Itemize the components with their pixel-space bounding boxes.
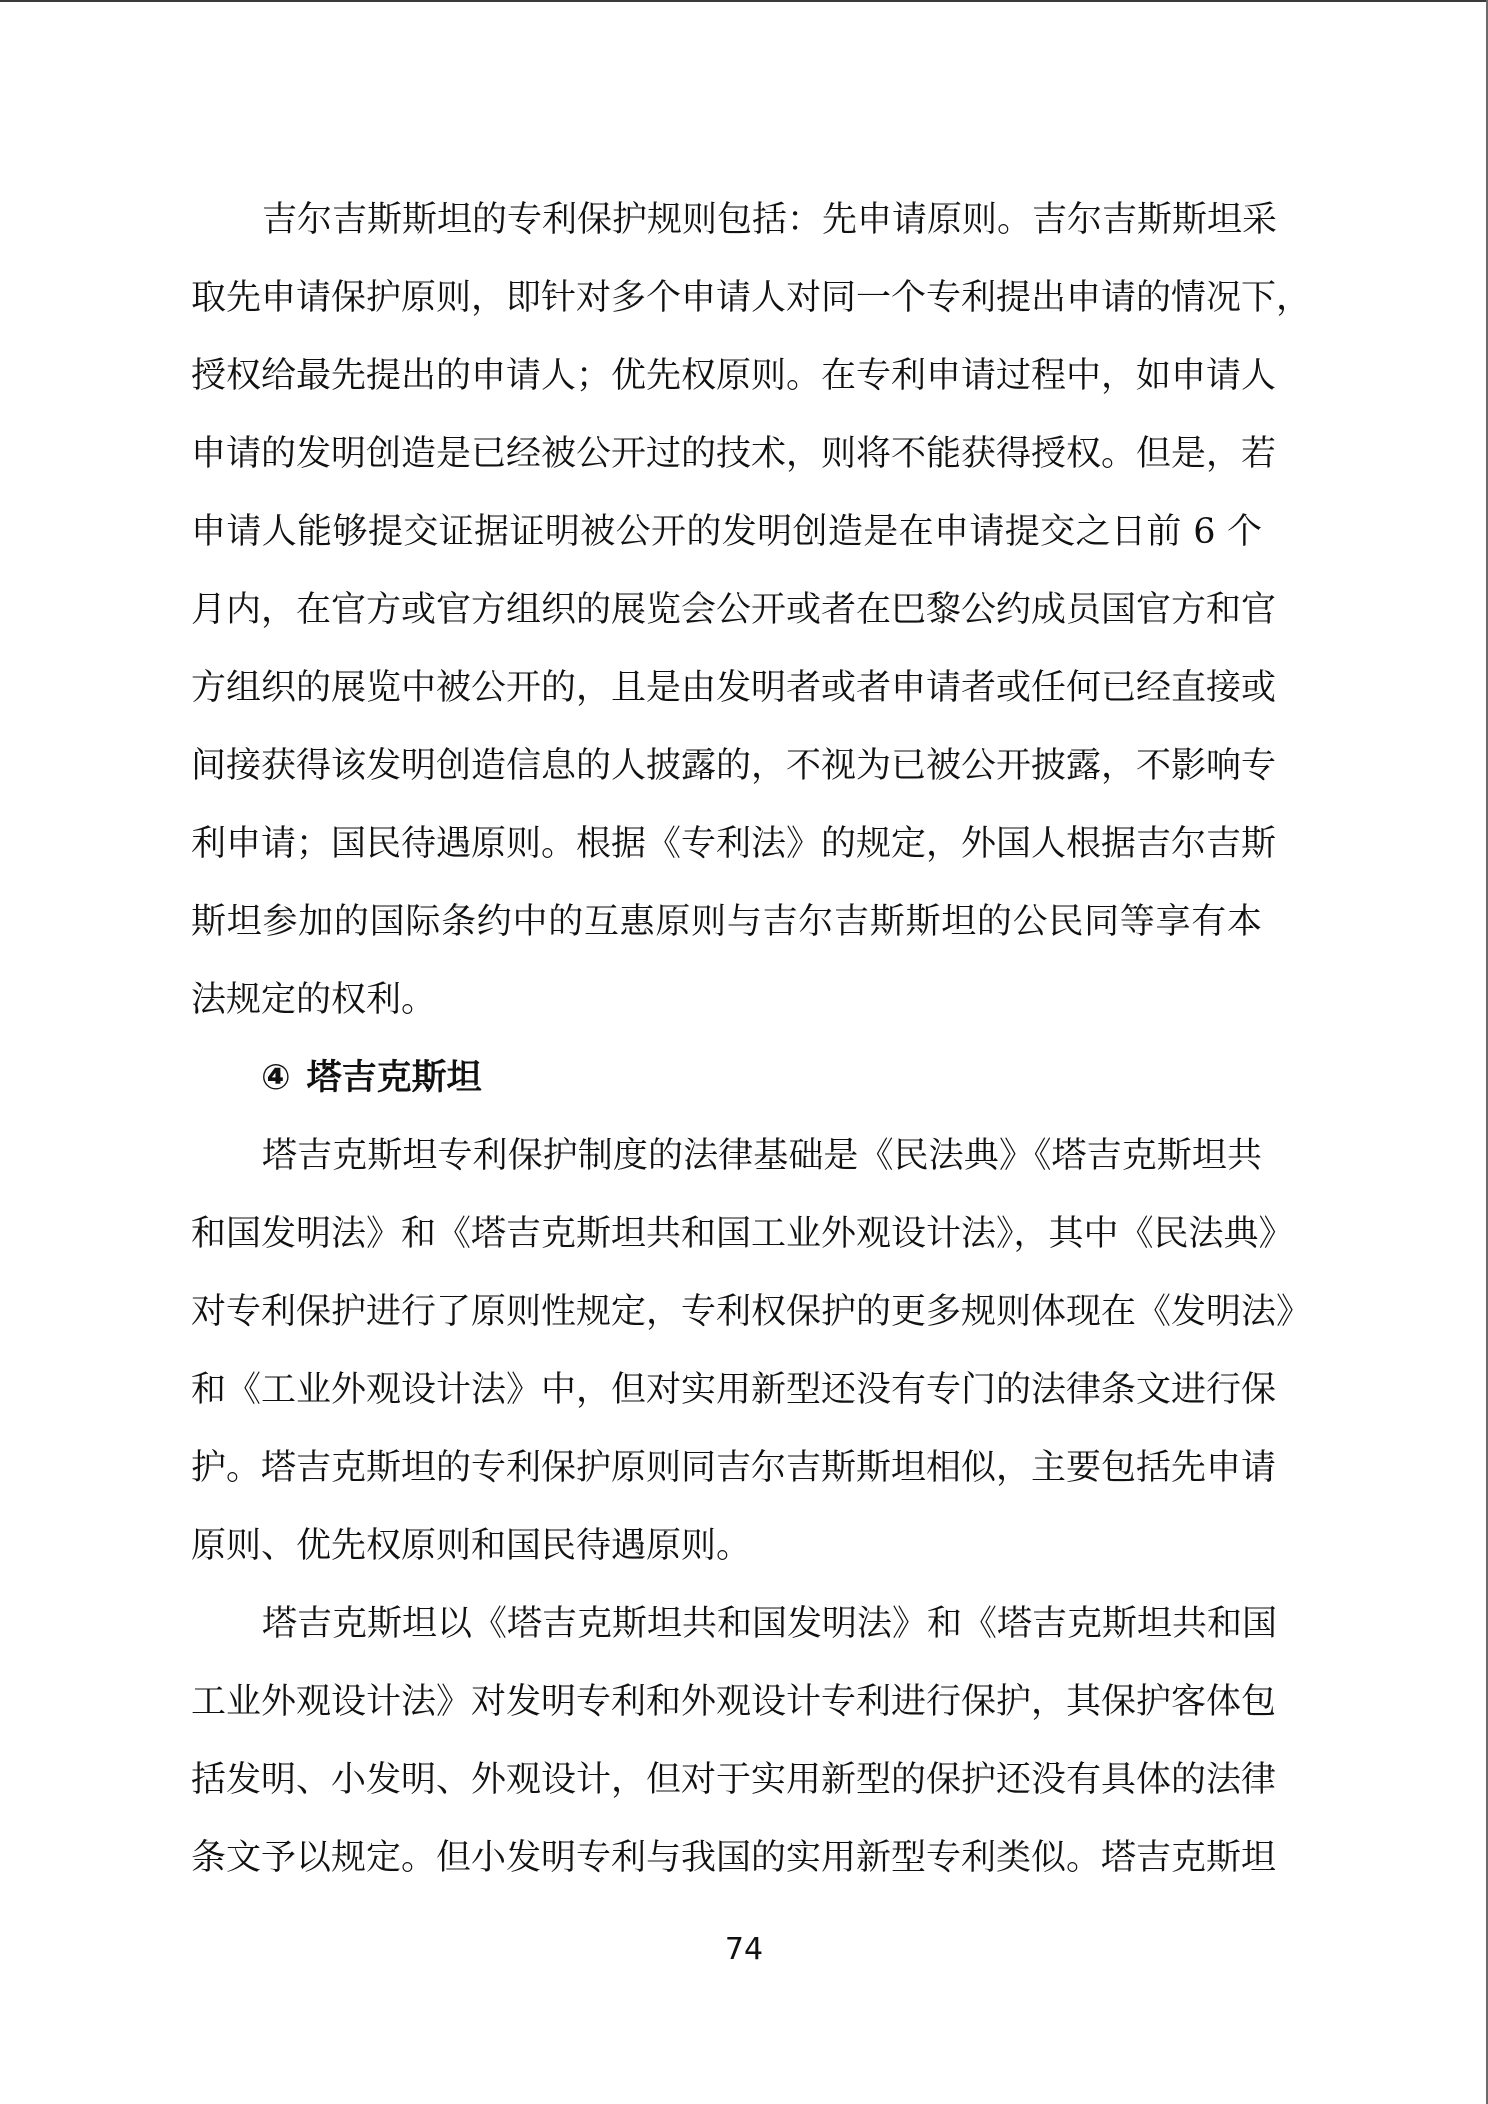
text-line: 吉尔吉斯斯坦的专利保护规则包括：先申请原则。吉尔吉斯斯坦采 xyxy=(191,192,1262,270)
text-line: 原则、优先权原则和国民待遇原则。 xyxy=(191,1518,1262,1596)
text-line: 护。塔吉克斯坦的专利保护原则同吉尔吉斯斯坦相似，主要包括先申请 xyxy=(191,1440,1262,1518)
text-line: 月内，在官方或官方组织的展览会公开或者在巴黎公约成员国官方和官 xyxy=(191,582,1262,660)
text-line: 塔吉克斯坦专利保护制度的法律基础是《民法典》《塔吉克斯坦共 xyxy=(191,1128,1262,1206)
circled-number-4: ④ xyxy=(261,1058,291,1098)
text-line: 和《工业外观设计法》中，但对实用新型还没有专门的法律条文进行保 xyxy=(191,1362,1262,1440)
text-line: 取先申请保护原则，即针对多个申请人对同一个专利提出申请的情况下， xyxy=(191,270,1262,348)
paragraph-kyrgyzstan-patent-rules: 吉尔吉斯斯坦的专利保护规则包括：先申请原则。吉尔吉斯斯坦采 取先申请保护原则，即… xyxy=(191,192,1262,1050)
text-line: 括发明、小发明、外观设计，但对于实用新型的保护还没有具体的法律 xyxy=(191,1752,1262,1830)
page-body: 吉尔吉斯斯坦的专利保护规则包括：先申请原则。吉尔吉斯斯坦采 取先申请保护原则，即… xyxy=(191,192,1262,1908)
section-heading-title: 塔吉克斯坦 xyxy=(307,1058,482,1098)
page-number: 74 xyxy=(0,1932,1488,1967)
paragraph-tajikistan-legal-basis: 塔吉克斯坦专利保护制度的法律基础是《民法典》《塔吉克斯坦共 和国发明法》和《塔吉… xyxy=(191,1128,1262,1596)
text-line: 间接获得该发明创造信息的人披露的，不视为已被公开披露，不影响专 xyxy=(191,738,1262,816)
text-line: 工业外观设计法》对发明专利和外观设计专利进行保护，其保护客体包 xyxy=(191,1674,1262,1752)
text-line: 和国发明法》和《塔吉克斯坦共和国工业外观设计法》，其中《民法典》 xyxy=(191,1206,1262,1284)
text-line: 申请的发明创造是已经被公开过的技术，则将不能获得授权。但是，若 xyxy=(191,426,1262,504)
text-line: 法规定的权利。 xyxy=(191,972,1262,1050)
text-line: 授权给最先提出的申请人；优先权原则。在专利申请过程中，如申请人 xyxy=(191,348,1262,426)
text-line: 方组织的展览中被公开的，且是由发明者或者申请者或任何已经直接或 xyxy=(191,660,1262,738)
text-line: 对专利保护进行了原则性规定，专利权保护的更多规则体现在《发明法》 xyxy=(191,1284,1262,1362)
text-line: 斯坦参加的国际条约中的互惠原则与吉尔吉斯斯坦的公民同等享有本 xyxy=(191,894,1262,972)
text-line: 塔吉克斯坦以《塔吉克斯坦共和国发明法》和《塔吉克斯坦共和国 xyxy=(191,1596,1262,1674)
text-line: 利申请；国民待遇原则。根据《专利法》的规定，外国人根据吉尔吉斯 xyxy=(191,816,1262,894)
page-border-top xyxy=(0,0,1488,2)
paragraph-tajikistan-protection-objects: 塔吉克斯坦以《塔吉克斯坦共和国发明法》和《塔吉克斯坦共和国 工业外观设计法》对发… xyxy=(191,1596,1262,1908)
section-heading-tajikistan: ④塔吉克斯坦 xyxy=(191,1050,1262,1128)
text-line: 条文予以规定。但小发明专利与我国的实用新型专利类似。塔吉克斯坦 xyxy=(191,1830,1262,1908)
text-line: 申请人能够提交证据证明被公开的发明创造是在申请提交之日前 6 个 xyxy=(191,504,1262,582)
